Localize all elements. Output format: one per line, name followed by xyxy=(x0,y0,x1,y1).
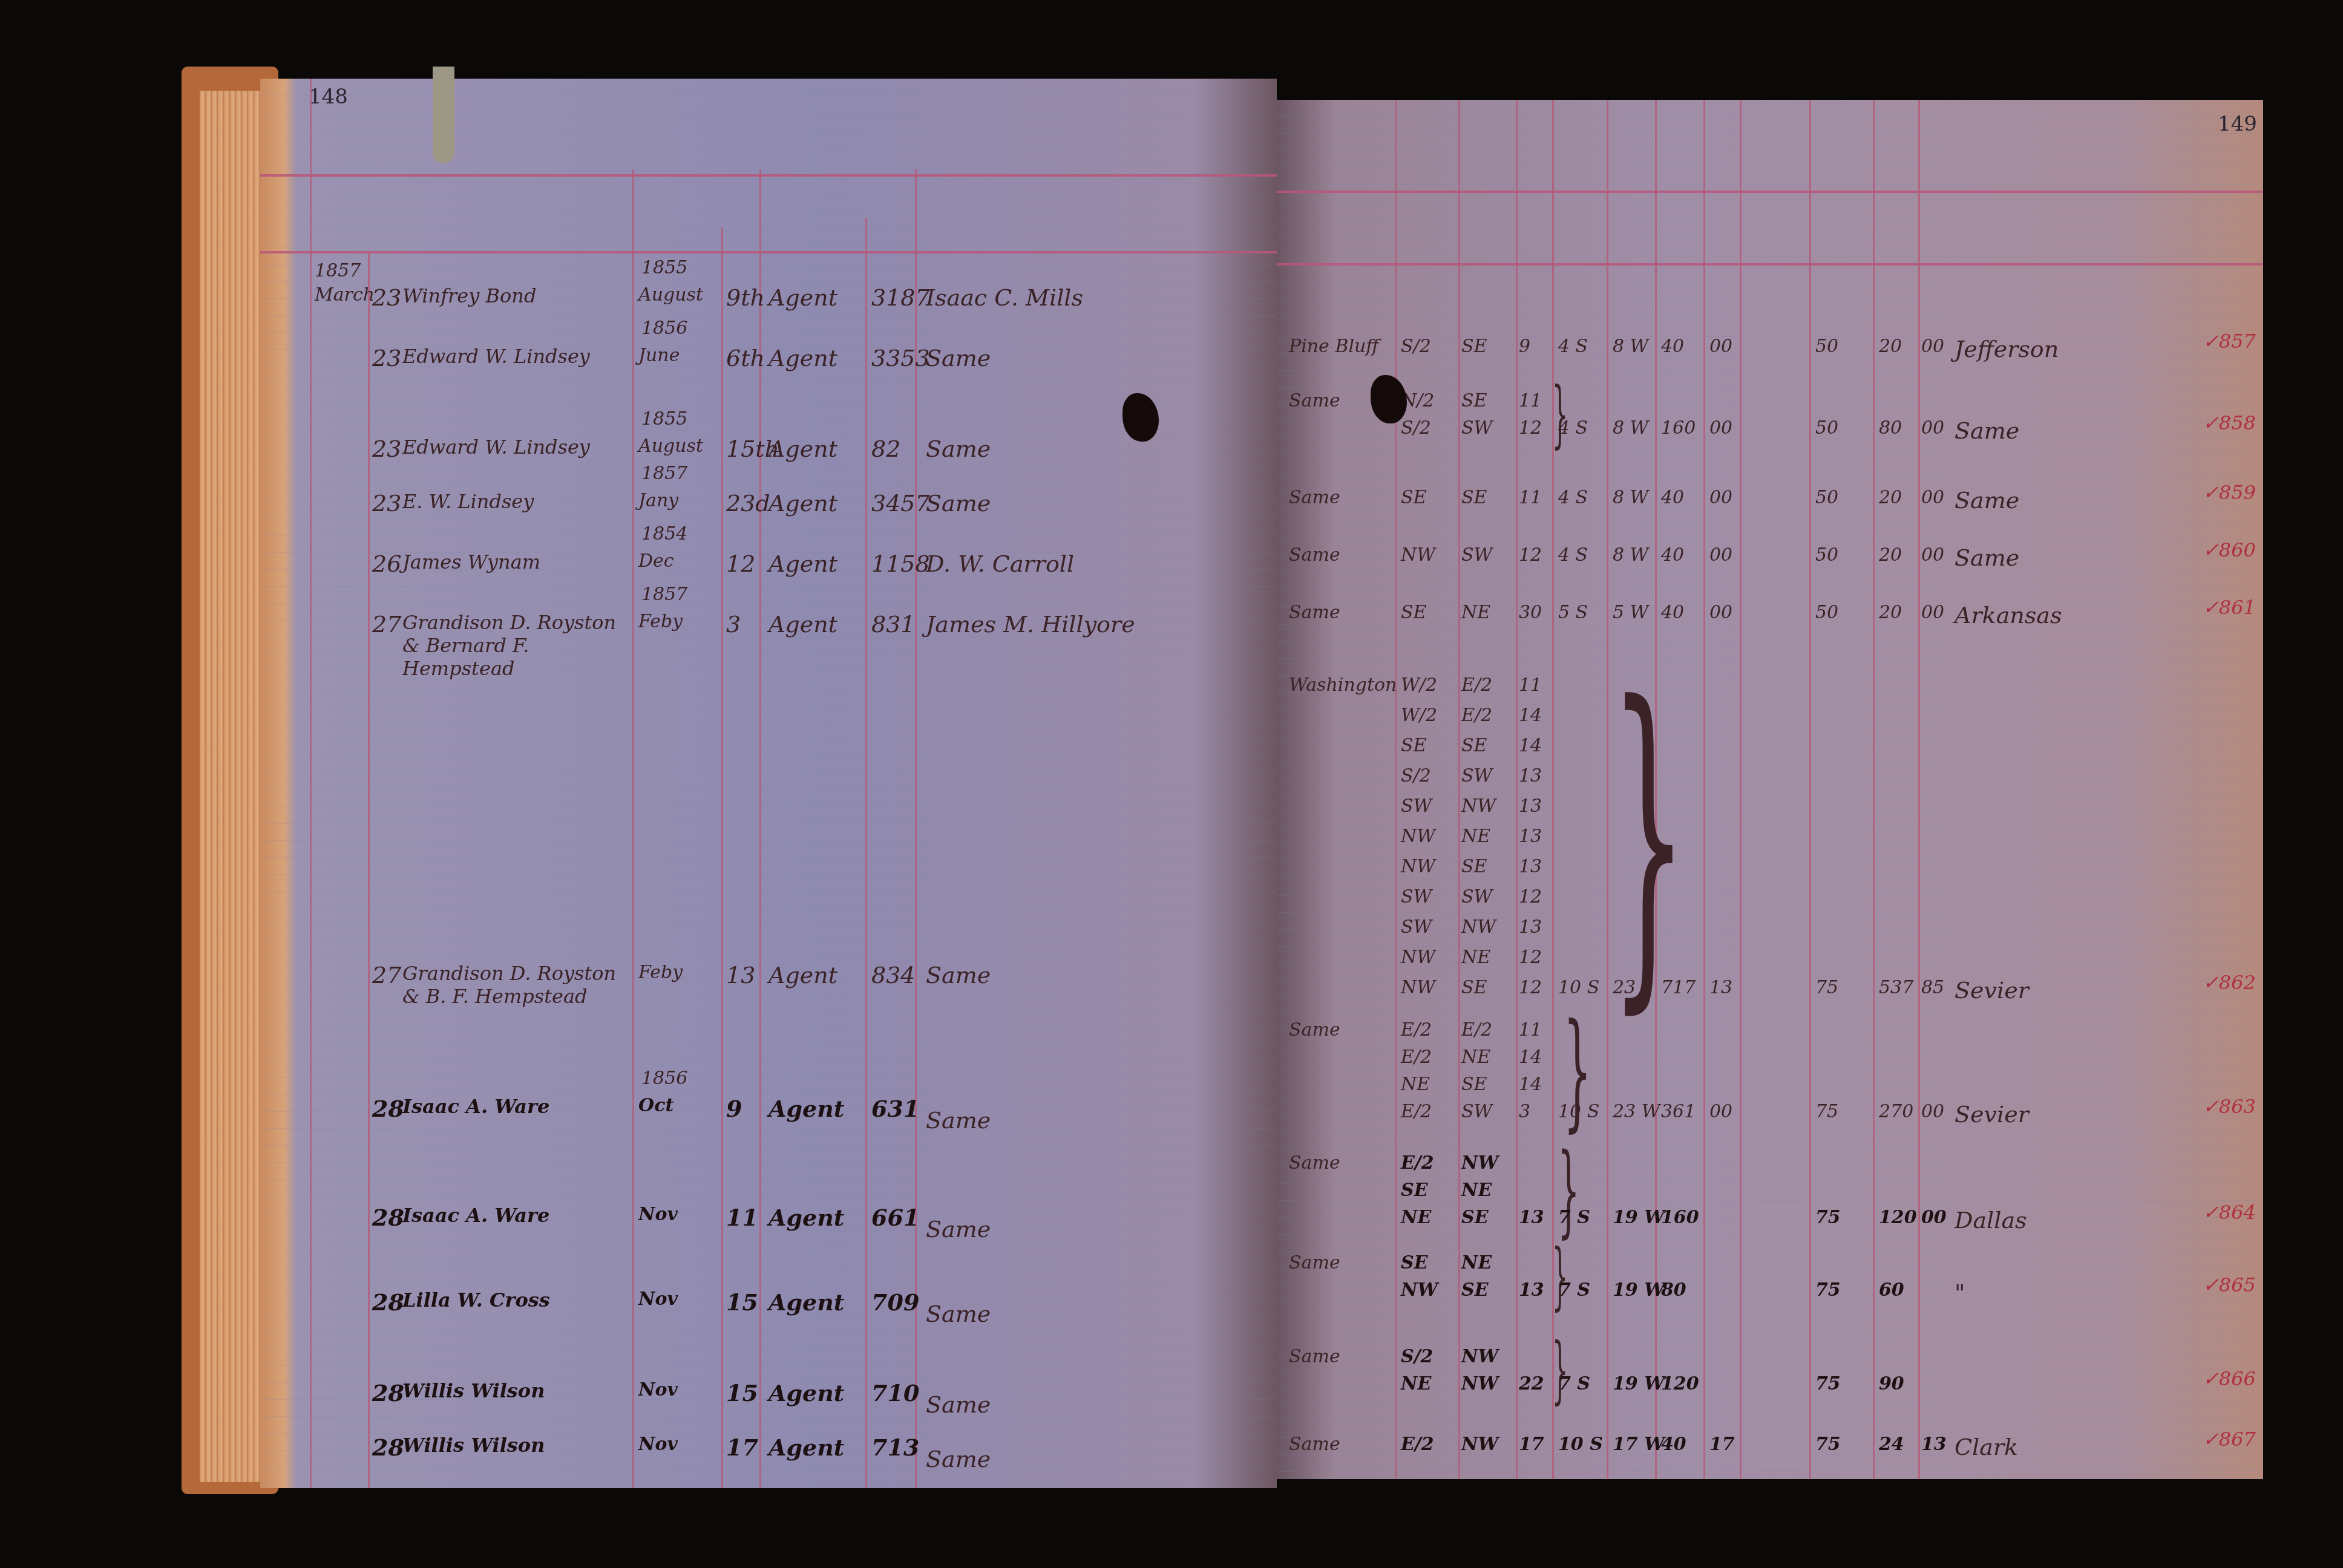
entry-month: Dec xyxy=(638,550,674,572)
amount-dollars: 537 xyxy=(1879,977,1913,998)
col-divider xyxy=(368,251,370,1488)
acres: 160 xyxy=(1661,417,1696,439)
land-part: W/2 xyxy=(1401,675,1437,696)
land-part: SE xyxy=(1401,1180,1428,1201)
entry-date: 17 xyxy=(726,1434,758,1461)
acres-fraction: 00 xyxy=(1709,602,1732,623)
land-part: NW xyxy=(1401,1279,1438,1301)
township: 7 S xyxy=(1558,1207,1590,1228)
township: 4 S xyxy=(1558,417,1588,439)
entry-year: 1857 xyxy=(641,584,687,605)
section: 30 xyxy=(1519,602,1542,623)
acres-fraction: 00 xyxy=(1709,487,1732,508)
entry-type: Agent xyxy=(768,490,837,517)
recorded-by: Same xyxy=(926,345,991,371)
land-office: Jefferson xyxy=(1955,336,2059,362)
price-rate: 50 xyxy=(1815,336,1838,357)
bracket-brace: } xyxy=(1610,662,1688,1013)
entry-type: Agent xyxy=(768,345,837,371)
open-ledger-book: 148 1857 March 23Winfrey Bond1855August9… xyxy=(182,67,2130,1506)
county-name: Same xyxy=(1289,1019,1340,1040)
entry-month: Nov xyxy=(638,1204,678,1225)
quarter: SE xyxy=(1461,390,1487,411)
col-divider xyxy=(1703,100,1705,1479)
land-part: S/2 xyxy=(1401,336,1431,357)
recorded-by: Same xyxy=(926,1391,991,1418)
entry-type: Agent xyxy=(768,1434,844,1461)
county-name: Same xyxy=(1289,1252,1340,1273)
entrant-name: Edward W. Lindsey xyxy=(402,436,632,459)
entry-month: Nov xyxy=(638,1289,678,1310)
col-divider xyxy=(310,79,312,1488)
amount-dollars: 120 xyxy=(1879,1207,1917,1228)
land-part: NW xyxy=(1401,977,1435,998)
county-name: Same xyxy=(1289,1152,1340,1174)
entrant-name: Lilla W. Cross xyxy=(402,1289,632,1312)
entry-day: 23 xyxy=(372,345,401,371)
entrant-name: Winfrey Bond xyxy=(402,284,632,307)
entry-day: 28 xyxy=(372,1204,404,1231)
quarter: SE xyxy=(1461,1279,1489,1301)
entry-year: 1856 xyxy=(641,318,687,339)
acres-fraction: 13 xyxy=(1709,977,1732,998)
recorded-by: D. W. Carroll xyxy=(926,550,1074,577)
entry-day: 23 xyxy=(372,490,401,517)
amount-dollars: 20 xyxy=(1879,336,1902,357)
land-part: E/2 xyxy=(1401,1101,1432,1122)
check-number: ✓859 xyxy=(2203,481,2256,504)
certificate-number: 831 xyxy=(871,611,916,638)
entry-date: 15 xyxy=(726,1379,758,1406)
land-part: E/2 xyxy=(1401,1434,1434,1455)
township: 10 S xyxy=(1558,977,1599,998)
recorded-by: Same xyxy=(926,1216,991,1243)
land-part: SE xyxy=(1401,602,1426,623)
col-divider xyxy=(632,169,634,1488)
col-divider xyxy=(865,218,867,1488)
amount-dollars: 60 xyxy=(1879,1279,1904,1301)
entrant-name: Isaac A. Ware xyxy=(402,1095,632,1118)
amount-cents: 00 xyxy=(1921,487,1944,508)
entrant-name: Grandison D. Royston & Bernard F. Hempst… xyxy=(402,611,632,680)
entry-day: 27 xyxy=(372,962,401,988)
township: 4 S xyxy=(1558,544,1588,566)
range: 8 W xyxy=(1613,417,1648,439)
certificate-number: 1158 xyxy=(871,550,930,577)
section: 22 xyxy=(1519,1373,1544,1394)
certificate-number: 709 xyxy=(871,1289,919,1316)
amount-dollars: 20 xyxy=(1879,544,1902,566)
range: 19 W xyxy=(1613,1207,1665,1228)
entry-type: Agent xyxy=(768,1204,844,1231)
quarter: SE xyxy=(1461,977,1487,998)
section: 13 xyxy=(1519,916,1542,938)
certificate-number: 82 xyxy=(871,436,900,462)
township: 10 S xyxy=(1558,1101,1599,1122)
section: 9 xyxy=(1519,336,1530,357)
section: 14 xyxy=(1519,1047,1542,1068)
section: 13 xyxy=(1519,826,1542,847)
entry-day: 23 xyxy=(372,436,401,462)
section: 13 xyxy=(1519,856,1542,877)
quarter: NE xyxy=(1461,826,1490,847)
entry-date: 13 xyxy=(726,962,755,988)
township: 4 S xyxy=(1558,487,1588,508)
amount-dollars: 270 xyxy=(1879,1101,1913,1122)
amount-dollars: 90 xyxy=(1879,1373,1904,1394)
section: 11 xyxy=(1519,1019,1542,1040)
acres: 717 xyxy=(1661,977,1696,998)
entry-type: Agent xyxy=(768,284,837,311)
quarter: NE xyxy=(1461,947,1490,968)
amount-dollars: 24 xyxy=(1879,1434,1904,1455)
entry-day: 23 xyxy=(372,284,401,311)
section: 14 xyxy=(1519,735,1542,756)
land-part: S/2 xyxy=(1401,1346,1434,1367)
entrant-name: James Wynam xyxy=(402,550,632,573)
entrant-name: Isaac A. Ware xyxy=(402,1204,632,1227)
land-part: S/2 xyxy=(1401,765,1431,786)
quarter: NW xyxy=(1461,795,1496,817)
township: 10 S xyxy=(1558,1434,1603,1455)
year-header: 1857 xyxy=(315,260,361,281)
col-divider xyxy=(721,227,723,1488)
quarter: SE xyxy=(1461,1207,1489,1228)
acres: 120 xyxy=(1661,1373,1699,1394)
acres: 40 xyxy=(1661,487,1684,508)
entry-month: Oct xyxy=(638,1095,673,1116)
township: 7 S xyxy=(1558,1373,1590,1394)
metal-bookmark-clip xyxy=(433,67,454,163)
section: 13 xyxy=(1519,1279,1544,1301)
check-number: ✓865 xyxy=(2203,1273,2256,1296)
amount-cents: 00 xyxy=(1921,544,1944,566)
right-page-number: 149 xyxy=(2218,112,2257,136)
entry-month: Nov xyxy=(638,1379,678,1400)
township: 4 S xyxy=(1558,336,1588,357)
recorded-by: Same xyxy=(926,962,991,988)
county-name: Same xyxy=(1289,1434,1340,1455)
range: 8 W xyxy=(1613,487,1648,508)
section: 3 xyxy=(1519,1101,1530,1122)
quarter: SW xyxy=(1461,765,1492,786)
county-name: Same xyxy=(1289,1346,1340,1367)
entry-type: Agent xyxy=(768,550,837,577)
land-part: NW xyxy=(1401,947,1435,968)
col-divider xyxy=(1395,100,1397,1479)
right-page: 149 Pine BluffS/2SE94 S8 W4000502000Jeff… xyxy=(1277,100,2263,1479)
section: 12 xyxy=(1519,947,1542,968)
price-rate: 75 xyxy=(1815,1373,1841,1394)
amount-dollars: 20 xyxy=(1879,487,1902,508)
acres: 40 xyxy=(1661,544,1684,566)
land-part: SE xyxy=(1401,735,1426,756)
col-divider xyxy=(1740,100,1742,1479)
quarter: NW xyxy=(1461,916,1496,938)
check-number: ✓863 xyxy=(2203,1095,2256,1118)
entry-year: 1854 xyxy=(641,523,687,544)
entry-year: 1855 xyxy=(641,257,687,278)
price-rate: 75 xyxy=(1815,1101,1838,1122)
county-name: Same xyxy=(1289,487,1340,508)
amount-cents: 00 xyxy=(1921,336,1944,357)
check-number: ✓866 xyxy=(2203,1367,2256,1390)
section: 11 xyxy=(1519,675,1542,696)
recorded-by: Same xyxy=(926,1446,991,1472)
entry-year: 1857 xyxy=(641,463,687,484)
land-office: " xyxy=(1955,1279,1965,1306)
land-part: E/2 xyxy=(1401,1152,1434,1174)
price-rate: 75 xyxy=(1815,1434,1841,1455)
section: 13 xyxy=(1519,765,1542,786)
amount-cents: 00 xyxy=(1921,1207,1947,1228)
section: 12 xyxy=(1519,544,1542,566)
quarter: NW xyxy=(1461,1152,1498,1174)
land-office: Same xyxy=(1955,417,2019,444)
land-office: Sevier xyxy=(1955,977,2029,1004)
recorded-by: James M. Hillyore xyxy=(926,611,1135,638)
check-number: ✓867 xyxy=(2203,1428,2256,1451)
acres: 40 xyxy=(1661,602,1684,623)
header-rule-bottom xyxy=(260,251,1277,253)
recorded-by: Same xyxy=(926,1107,991,1134)
entry-date: 3 xyxy=(726,611,741,638)
entry-type: Agent xyxy=(768,962,837,988)
entry-type: Agent xyxy=(768,1289,844,1316)
range: 23 W xyxy=(1613,1101,1660,1122)
bracket-brace: } xyxy=(1552,1334,1568,1406)
entry-month: Feby xyxy=(638,611,683,632)
range: 5 W xyxy=(1613,602,1648,623)
acres-fraction: 17 xyxy=(1709,1434,1735,1455)
amount-cents: 85 xyxy=(1921,977,1944,998)
section: 13 xyxy=(1519,1207,1544,1228)
land-part: NW xyxy=(1401,856,1435,877)
entry-month: June xyxy=(638,345,680,366)
county-name: Same xyxy=(1289,390,1340,411)
land-part: NW xyxy=(1401,544,1435,566)
land-part: SW xyxy=(1401,795,1432,817)
recorded-by: Same xyxy=(926,436,991,462)
quarter: SE xyxy=(1461,487,1487,508)
amount-dollars: 20 xyxy=(1879,602,1902,623)
certificate-number: 3353 xyxy=(871,345,930,371)
entry-date: 15 xyxy=(726,1289,758,1316)
acres-fraction: 00 xyxy=(1709,417,1732,439)
entry-date: 9 xyxy=(726,1095,742,1122)
acres: 361 xyxy=(1661,1101,1696,1122)
quarter: SE xyxy=(1461,1074,1487,1095)
quarter: E/2 xyxy=(1461,1019,1492,1040)
land-part: S/2 xyxy=(1401,417,1431,439)
entrant-name: E. W. Lindsey xyxy=(402,490,632,513)
header-rule-top xyxy=(260,174,1277,177)
land-part: NW xyxy=(1401,826,1435,847)
land-office: Dallas xyxy=(1955,1207,2027,1233)
land-part: SE xyxy=(1401,487,1426,508)
entrant-name: Edward W. Lindsey xyxy=(402,345,632,368)
range: 23 xyxy=(1613,977,1636,998)
quarter: SE xyxy=(1461,735,1487,756)
section: 13 xyxy=(1519,795,1542,817)
quarter: NE xyxy=(1461,1180,1492,1201)
entry-date: 6th xyxy=(726,345,765,371)
entry-day: 28 xyxy=(372,1434,404,1461)
entry-date: 12 xyxy=(726,550,755,577)
township: 7 S xyxy=(1558,1279,1590,1301)
entry-type: Agent xyxy=(768,611,837,638)
certificate-number: 834 xyxy=(871,962,916,988)
range: 8 W xyxy=(1613,544,1648,566)
entry-month: Feby xyxy=(638,962,683,983)
county-name: Washington xyxy=(1289,675,1397,696)
section: 14 xyxy=(1519,1074,1542,1095)
certificate-number: 713 xyxy=(871,1434,919,1461)
check-number: ✓861 xyxy=(2203,596,2256,619)
land-office: Clark xyxy=(1955,1434,2018,1460)
quarter: NE xyxy=(1461,602,1490,623)
entrant-name: Willis Wilson xyxy=(402,1379,632,1402)
price-rate: 75 xyxy=(1815,977,1838,998)
acres: 160 xyxy=(1661,1207,1699,1228)
amount-cents: 00 xyxy=(1921,602,1944,623)
recorded-by: Same xyxy=(926,1301,991,1327)
acres: 40 xyxy=(1661,1434,1686,1455)
entry-year: 1855 xyxy=(641,408,687,430)
county-name: Pine Bluff xyxy=(1289,336,1379,357)
quarter: SE xyxy=(1461,856,1487,877)
entry-day: 26 xyxy=(372,550,401,577)
certificate-number: 3187 xyxy=(871,284,930,311)
land-office: Sevier xyxy=(1955,1101,2029,1128)
entry-day: 28 xyxy=(372,1095,404,1122)
certificate-number: 631 xyxy=(871,1095,919,1122)
land-part: E/2 xyxy=(1401,1019,1432,1040)
quarter: SW xyxy=(1461,544,1492,566)
township: 5 S xyxy=(1558,602,1588,623)
section: 12 xyxy=(1519,977,1542,998)
land-part: NE xyxy=(1401,1373,1431,1394)
acres-fraction: 00 xyxy=(1709,1101,1732,1122)
section: 12 xyxy=(1519,886,1542,907)
entry-day: 27 xyxy=(372,611,401,638)
entry-day: 28 xyxy=(372,1379,404,1406)
header-rule-top xyxy=(1277,191,2263,193)
left-page: 148 1857 March 23Winfrey Bond1855August9… xyxy=(260,79,1277,1488)
entry-year: 1856 xyxy=(641,1068,687,1089)
month-header: March xyxy=(315,284,375,305)
range: 8 W xyxy=(1613,336,1648,357)
quarter: SE xyxy=(1461,336,1487,357)
recorded-by: Same xyxy=(926,490,991,517)
land-office: Arkansas xyxy=(1955,602,2062,629)
amount-cents: 13 xyxy=(1921,1434,1947,1455)
entry-month: August xyxy=(638,436,703,457)
price-rate: 50 xyxy=(1815,417,1838,439)
quarter: SW xyxy=(1461,417,1492,439)
land-part: SW xyxy=(1401,916,1432,938)
land-part: NE xyxy=(1401,1074,1430,1095)
range: 19 W xyxy=(1613,1279,1665,1301)
amount-dollars: 80 xyxy=(1879,417,1902,439)
col-divider xyxy=(1458,100,1460,1479)
amount-cents: 00 xyxy=(1921,1101,1944,1122)
land-part: SW xyxy=(1401,886,1432,907)
certificate-number: 3457 xyxy=(871,490,930,517)
amount-cents: 00 xyxy=(1921,417,1944,439)
land-part: W/2 xyxy=(1401,705,1437,726)
check-number: ✓857 xyxy=(2203,330,2256,353)
header-rule-bottom xyxy=(1277,263,2263,266)
section: 14 xyxy=(1519,705,1542,726)
entry-date: 9th xyxy=(726,284,765,311)
quarter: SW xyxy=(1461,1101,1492,1122)
entry-type: Agent xyxy=(768,436,837,462)
certificate-number: 661 xyxy=(871,1204,919,1231)
county-name: Same xyxy=(1289,602,1340,623)
quarter: NE xyxy=(1461,1252,1492,1273)
land-office: Same xyxy=(1955,487,2019,514)
land-part: SE xyxy=(1401,1252,1428,1273)
section: 12 xyxy=(1519,417,1542,439)
certificate-number: 710 xyxy=(871,1379,919,1406)
bracket-brace: } xyxy=(1552,1240,1568,1313)
col-divider xyxy=(1516,100,1518,1479)
entry-day: 28 xyxy=(372,1289,404,1316)
land-part: NE xyxy=(1401,1207,1431,1228)
quarter: NW xyxy=(1461,1434,1498,1455)
price-rate: 50 xyxy=(1815,602,1838,623)
acres-fraction: 00 xyxy=(1709,336,1732,357)
section: 17 xyxy=(1519,1434,1544,1455)
entrant-name: Grandison D. Royston & B. F. Hempstead xyxy=(402,962,632,1008)
price-rate: 50 xyxy=(1815,544,1838,566)
col-divider xyxy=(1918,100,1920,1479)
entry-date: 11 xyxy=(726,1204,758,1231)
quarter: NE xyxy=(1461,1047,1490,1068)
left-page-number: 148 xyxy=(309,85,348,109)
price-rate: 50 xyxy=(1815,487,1838,508)
quarter: E/2 xyxy=(1461,705,1492,726)
col-divider xyxy=(1809,100,1811,1479)
county-name: Same xyxy=(1289,544,1340,566)
check-number: ✓864 xyxy=(2203,1201,2256,1224)
entry-date: 23d xyxy=(726,490,770,517)
price-rate: 75 xyxy=(1815,1207,1841,1228)
entrant-name: Willis Wilson xyxy=(402,1434,632,1457)
land-part: E/2 xyxy=(1401,1047,1432,1068)
check-number: ✓862 xyxy=(2203,971,2256,994)
range: 19 W xyxy=(1613,1373,1665,1394)
bracket-brace: } xyxy=(1552,378,1568,451)
range: 17 W xyxy=(1613,1434,1665,1455)
acres: 80 xyxy=(1661,1279,1686,1301)
entry-type: Agent xyxy=(768,1379,844,1406)
entry-type: Agent xyxy=(768,1095,844,1122)
acres-fraction: 00 xyxy=(1709,544,1732,566)
check-number: ✓860 xyxy=(2203,538,2256,561)
quarter: E/2 xyxy=(1461,675,1492,696)
entry-month: Nov xyxy=(638,1434,678,1455)
quarter: NW xyxy=(1461,1346,1498,1367)
entry-month: August xyxy=(638,284,703,305)
check-number: ✓858 xyxy=(2203,411,2256,434)
land-office: Same xyxy=(1955,544,2019,571)
quarter: NW xyxy=(1461,1373,1498,1394)
section: 11 xyxy=(1519,487,1542,508)
recorded-by: Isaac C. Mills xyxy=(926,284,1083,311)
col-divider xyxy=(1607,100,1608,1479)
